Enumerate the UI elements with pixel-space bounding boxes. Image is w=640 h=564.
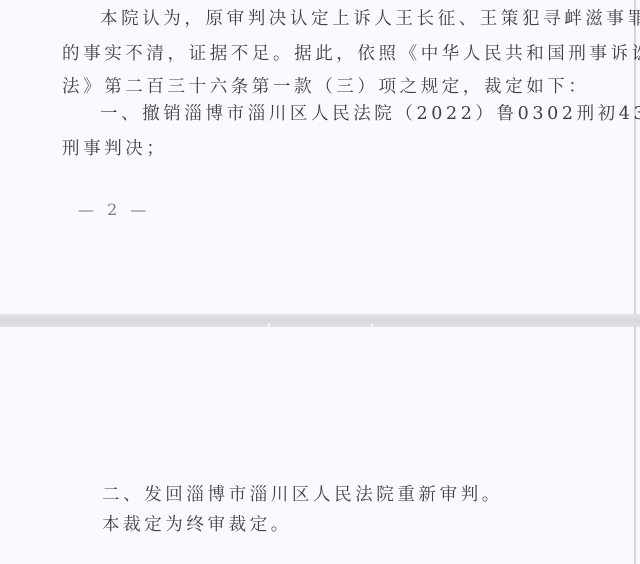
paragraph-line-2: 的事实不清，证据不足。据此，依照《中华人民共和国刑事诉讼: [62, 43, 640, 65]
document-page-lower: 二、发回淄博市淄川区人民法院重新审判。 本裁定为终审裁定。: [0, 327, 636, 564]
page-separator: [0, 314, 640, 327]
ruling-item-1-line-1: 一、撤销淄博市淄川区人民法院（2022）鲁0302刑初432号: [100, 103, 640, 125]
page-number: — 2 —: [78, 200, 150, 219]
ruling-item-1-line-2: 刑事判决；: [62, 138, 168, 160]
paragraph-line-3: 法》第二百三十六条第一款（三）项之规定，裁定如下：: [62, 76, 590, 98]
ruling-item-2: 二、发回淄博市淄川区人民法院重新审判。: [102, 484, 503, 506]
final-ruling-statement: 本裁定为终审裁定。: [102, 514, 292, 536]
paragraph-line-1: 本院认为，原审判决认定上诉人王长征、王策犯寻衅滋事罪: [100, 8, 640, 30]
document-page-upper: 本院认为，原审判决认定上诉人王长征、王策犯寻衅滋事罪 的事实不清，证据不足。据此…: [0, 0, 636, 314]
